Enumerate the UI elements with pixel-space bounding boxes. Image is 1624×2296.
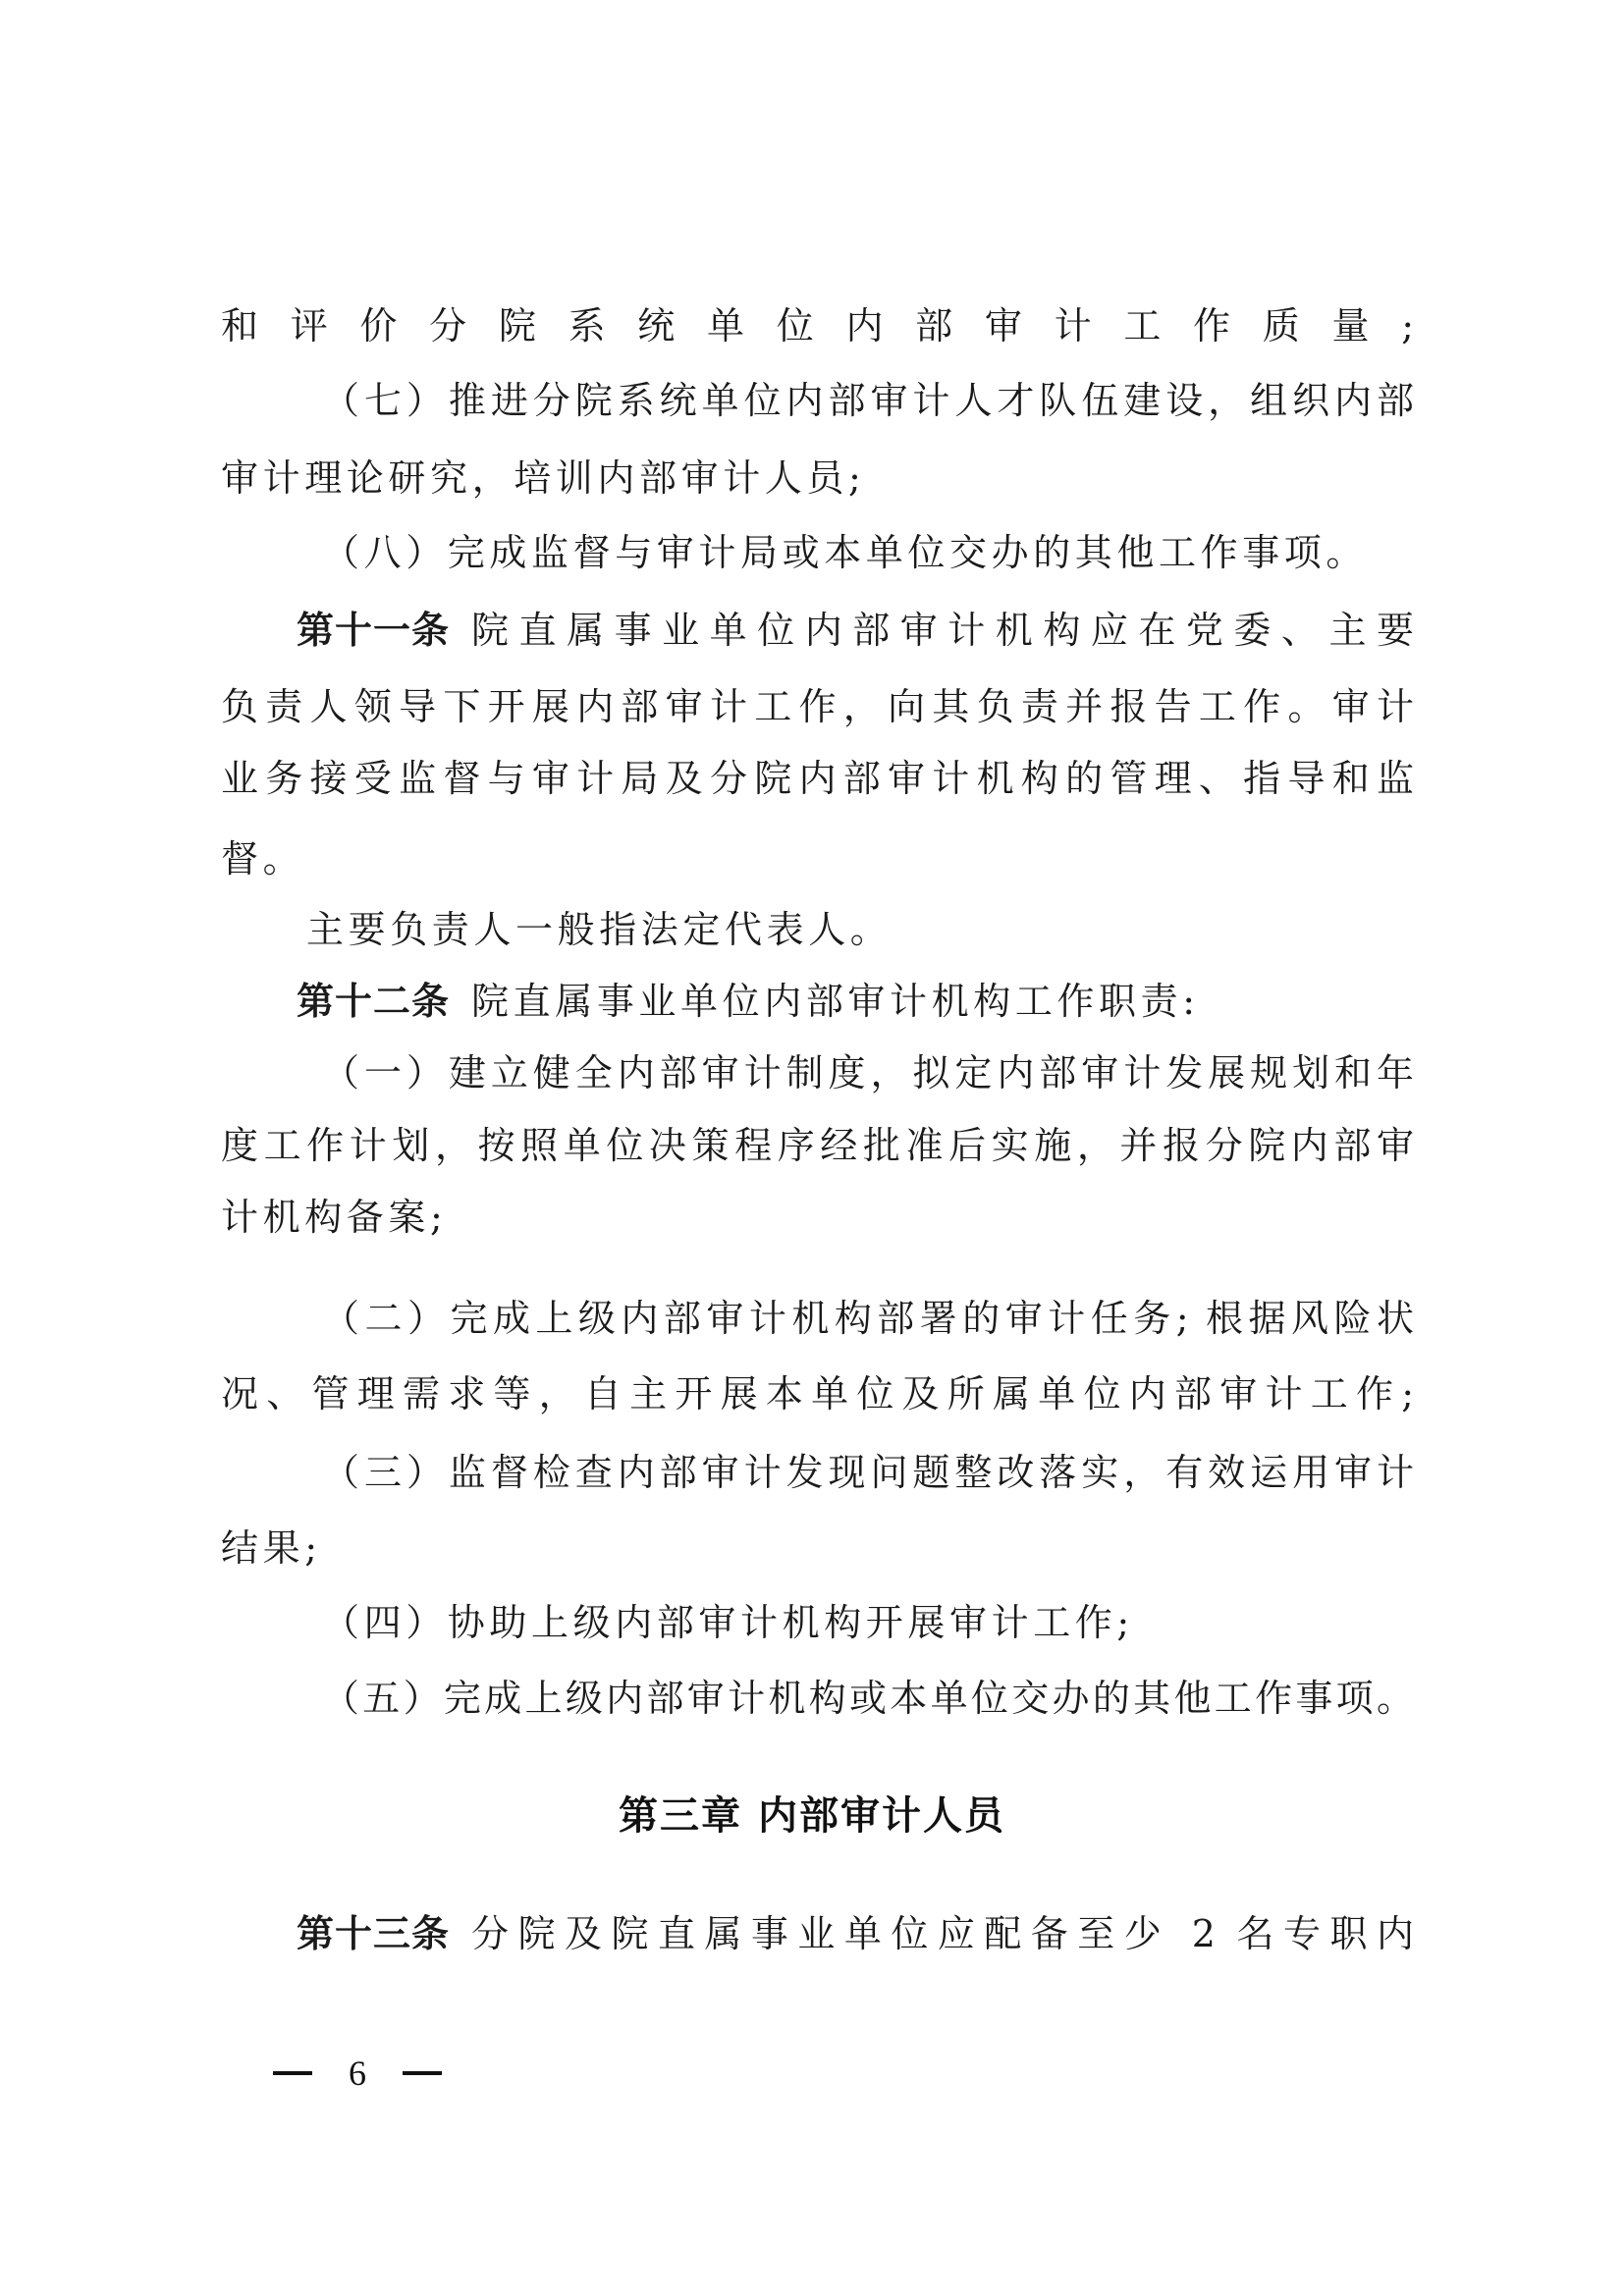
paragraph-line: 负责人领导下开展内部审计工作，向其负责并报告工作。审计: [221, 684, 1414, 729]
article-label: 第十三条: [297, 1911, 450, 1956]
paragraph-line: 审计理论研究，培训内部审计人员;: [221, 455, 865, 501]
dash-right: [403, 2071, 442, 2075]
chapter-heading: 第三章 内部审计人员: [0, 1791, 1624, 1841]
document-page: 和评价分院系统单位内部审计工作质量; （七）推进分院系统单位内部审计人才队伍建设…: [0, 0, 1624, 2296]
paragraph-line: 和评价分院系统单位内部审计工作质量;: [221, 303, 1414, 348]
list-item-4: （四）协助上级内部审计机构开展审计工作;: [322, 1600, 1134, 1645]
article-text: 分院及院直属事业单位应配备至少 2 名专职内: [471, 1911, 1414, 1956]
list-item-3: （三）监督检查内部审计发现问题整改落实，有效运用审计: [322, 1450, 1414, 1495]
paragraph-line: 结果;: [221, 1525, 322, 1571]
paragraph-line: 主要负责人一般指法定代表人。: [306, 907, 892, 952]
dash-left: [273, 2071, 312, 2075]
page-number: 6: [273, 2054, 442, 2093]
article-11-first-line: 第十一条 院直属事业单位内部审计机构应在党委、主要: [297, 608, 1414, 653]
list-item-8: （八）完成监督与审计局或本单位交办的其他工作事项。: [322, 530, 1368, 575]
list-item-5: （五）完成上级内部审计机构或本单位交办的其他工作事项。: [322, 1676, 1414, 1721]
list-item-2: （二）完成上级内部审计机构部署的审计任务; 根据风险状: [322, 1296, 1414, 1341]
article-12-first-line: 第十二条 院直属事业单位内部审计机构工作职责:: [297, 979, 1200, 1024]
article-label: 第十二条: [297, 979, 450, 1024]
list-item-7: （七）推进分院系统单位内部审计人才队伍建设，组织内部: [322, 378, 1414, 423]
article-text: 院直属事业单位内部审计机构应在党委、主要: [471, 608, 1414, 653]
article-label: 第十一条: [297, 608, 450, 653]
article-13-first-line: 第十三条 分院及院直属事业单位应配备至少 2 名专职内: [297, 1911, 1414, 1956]
paragraph-line: 督。: [221, 836, 304, 881]
article-text: 院直属事业单位内部审计机构工作职责:: [471, 979, 1200, 1024]
paragraph-line: 况、管理需求等，自主开展本单位及所属单位内部审计工作;: [221, 1371, 1414, 1416]
page-number-value: 6: [349, 2053, 366, 2094]
list-item-1: （一）建立健全内部审计制度，拟定内部审计发展规划和年: [322, 1050, 1414, 1095]
paragraph-line: 业务接受监督与审计局及分院内部审计机构的管理、指导和监: [221, 756, 1414, 801]
paragraph-line: 计机构备案;: [221, 1195, 447, 1240]
paragraph-line: 度工作计划，按照单位决策程序经批准后实施，并报分院内部审: [221, 1123, 1414, 1168]
